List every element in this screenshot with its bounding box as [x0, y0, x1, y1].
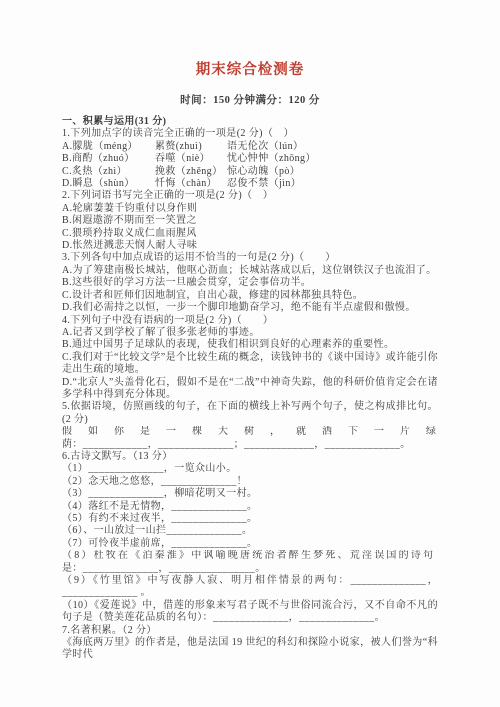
- question-stem: 4.下列句子中没有语病的一项是(2 分)（ ）: [62, 315, 438, 327]
- fill-blank-line: （10）《爱莲说》中，借莲的形象来写君子既不与世俗同流合污，又不自命不凡的句子是…: [62, 600, 438, 625]
- option-column: 语无伦次（lún）: [227, 141, 438, 153]
- fill-blank-line: （5）有约不来过夜半，______________。: [62, 513, 438, 525]
- fill-blank-line: （1）______________，一览众山小。: [62, 463, 438, 475]
- option-column: 吞噬（niè）: [155, 153, 227, 165]
- option-row: C.炙热（zhì）挽救（zhěng）惊心动魄（pò）: [62, 166, 438, 178]
- fill-blank-line: （4）落红不是无情物，______________。: [62, 501, 438, 513]
- option-column: C.炙热（zhì）: [62, 166, 155, 178]
- option-row: A.记者又到学校了解了很多张老师的事迹。: [62, 327, 438, 339]
- question-stem: 2.下列词语书写完全正确的一项是(2 分)（ ）: [62, 190, 438, 202]
- option-row: C.我们对于“比较文学”是个比较生疏的概念，读钱钟书的《谈中国诗》或许能引你走出…: [62, 352, 438, 377]
- exam-time-score-meta: 时间：150 分钟满分：120 分: [62, 92, 438, 107]
- option-row: B.闲遐遨游不期而至一笑置之: [62, 215, 438, 227]
- option-row: D.怅然迸溅悲天悯人耐人寻味: [62, 240, 438, 252]
- option-column: 忍俊不禁（jìn）: [227, 178, 438, 190]
- option-row: B.商酌（zhuó）吞噬（niè）忧心忡忡（zhōng）: [62, 153, 438, 165]
- question-stem: 6.古诗文默写。（13 分）: [62, 451, 438, 463]
- option-row: A.轮廓萋萋千钧重付以身作则: [62, 203, 438, 215]
- fill-blank-line: （3）______________，柳暗花明又一村。: [62, 488, 438, 500]
- exam-paper-page: 期末综合检测卷 时间：150 分钟满分：120 分 一、积累与运用(31 分)1…: [0, 0, 500, 707]
- option-column: B.商酌（zhuó）: [62, 153, 155, 165]
- fill-blank-line: （9）《竹里馆》中写夜静人寂、明月相伴情景的两句：______________，…: [62, 575, 438, 600]
- option-row: D.“北京人”头盖骨化石，假如不是在“二战”中神奇失踪，他的科研价值肯定会在诸多…: [62, 377, 438, 402]
- option-row: A.为了筹建南极长城站，他呕心沥血；长城站落成以后，这位钢铁汉子也流泪了。: [62, 265, 438, 277]
- option-column: A.朦胧（méng）: [62, 141, 155, 153]
- option-row: C.设计者和匠师们因地制宜，自出心裁，修建的园林都独具特色。: [62, 290, 438, 302]
- option-column: 忧心忡忡（zhōng）: [227, 153, 438, 165]
- option-column: D.瞬息（shùn）: [62, 178, 155, 190]
- section-heading: 一、积累与运用(31 分): [62, 116, 438, 128]
- body-text: 《海底两万里》的作者是，他是法国 19 世纪的科幻和探险小说家，被人们誉为“科学…: [62, 637, 438, 662]
- fill-blank-line: （2）念天地之悠悠，______________！: [62, 476, 438, 488]
- option-row: B.这些很好的学习方法一旦融会贯穿，定会事倍功半。: [62, 277, 438, 289]
- option-row: B.通过中国男子足球队的表现，使我们相识到良好的心理素养的重要性。: [62, 339, 438, 351]
- option-column: 挽救（zhěng）: [155, 166, 227, 178]
- question-stem: 3.下列各句中加点成语的运用不恰当的一句是(2 分)（ ）: [62, 252, 438, 264]
- option-column: 惊心动魄（pò）: [227, 166, 438, 178]
- question-stem: 5.依据语境，仿照画线的句子，在下面的横线上补写两个句子，使之构成排比句。(2 …: [62, 401, 438, 426]
- fill-blank-line: （7）可怜夜半虚前席，______________。: [62, 538, 438, 550]
- question-stem: 1.下列加点字的读音完全正确的一项是(2 分)（ ）: [62, 128, 438, 140]
- option-column: 累赘(zhuì): [155, 141, 227, 153]
- fill-blank-line: 荫：____________，______________；__________…: [62, 439, 438, 451]
- option-column: 忏悔（chàn）: [155, 178, 227, 190]
- paper-title: 期末综合检测卷: [62, 58, 438, 79]
- option-row: A.朦胧（méng）累赘(zhuì)语无伦次（lún）: [62, 141, 438, 153]
- option-row: D.瞬息（shùn）忏悔（chàn）忍俊不禁（jìn）: [62, 178, 438, 190]
- exam-body: 一、积累与运用(31 分)1.下列加点字的读音完全正确的一项是(2 分)（ ）A…: [62, 116, 438, 662]
- fill-blank-line: 是：______________，________________。: [62, 563, 438, 575]
- option-row: D.我们必需持之以恒，一步一个脚印地勤奋学习，绝不能有半点虚假和傲慢。: [62, 302, 438, 314]
- question-stem: 7.名著积累。（2 分）: [62, 625, 438, 637]
- question-substem: （8）杜牧在《泊秦淮》中讽喻晚唐统治者醉生梦死、荒淫误国的诗句: [62, 550, 438, 562]
- fill-blank-line: （6）、一山放过一山拦______________。: [62, 525, 438, 537]
- example-sentence: 假如你是一棵大树，就洒下一片绿: [62, 426, 438, 438]
- option-row: C.猥琐矜持取义成仁血雨腥风: [62, 228, 438, 240]
